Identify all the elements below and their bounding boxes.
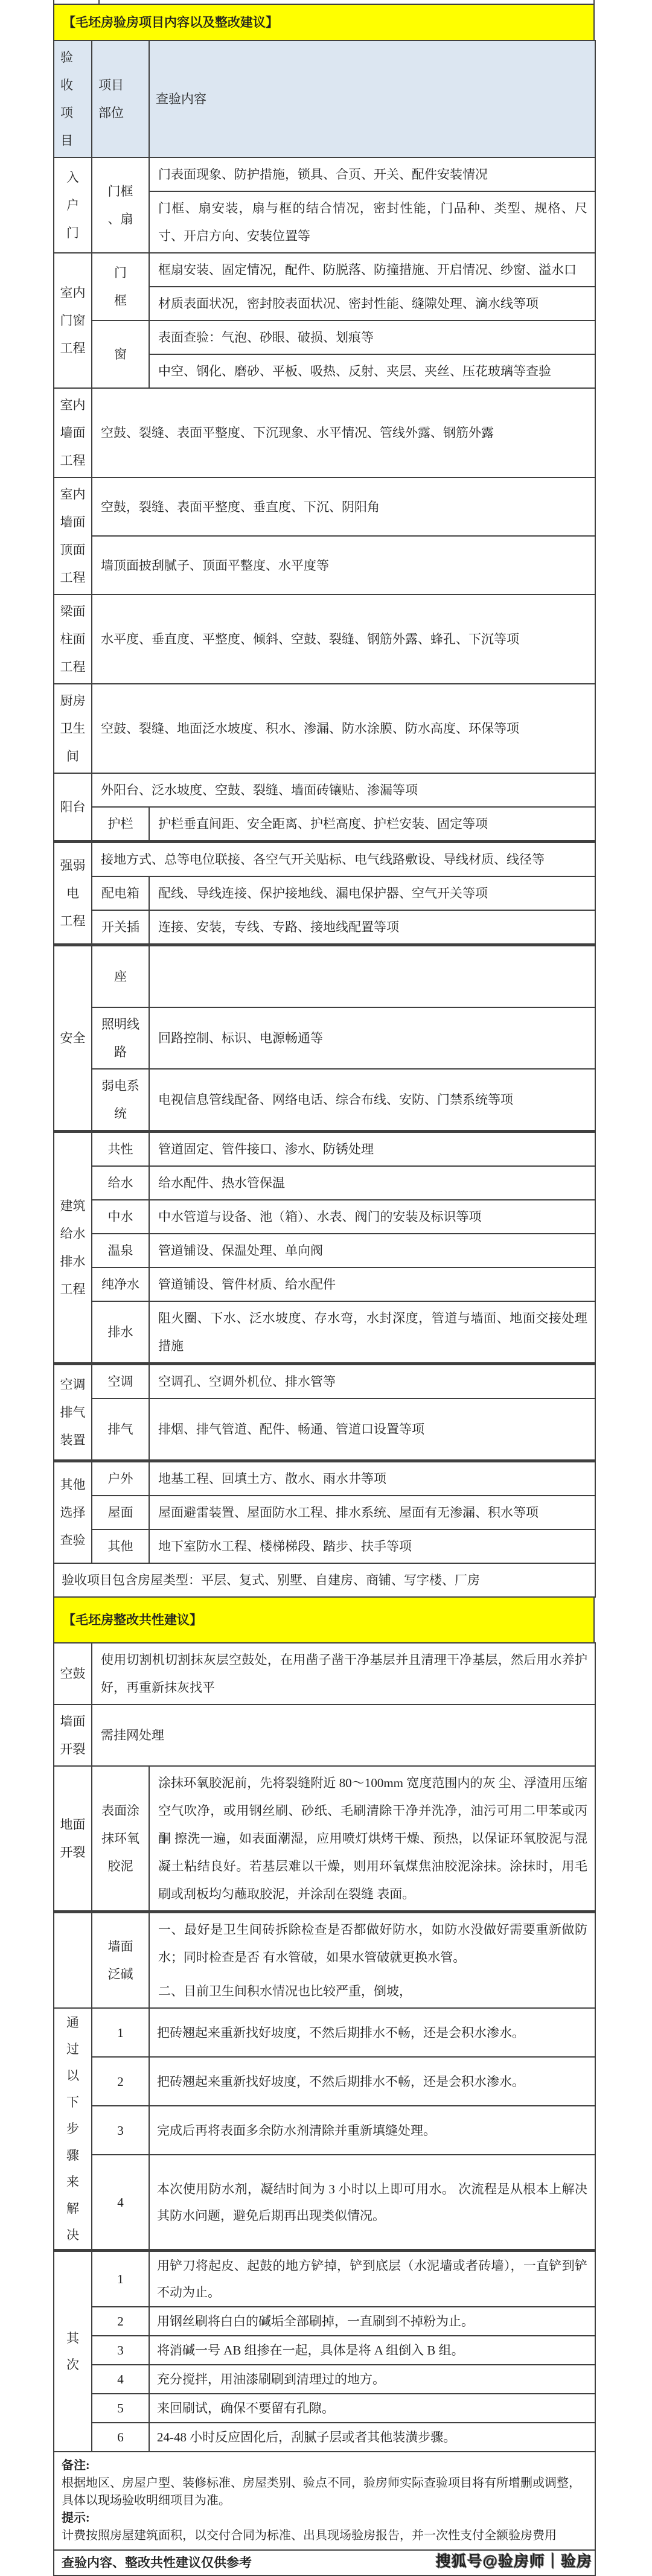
cell-step-number: 2: [92, 2057, 149, 2106]
cell-part-drainage: 排水: [92, 1301, 149, 1364]
cell-step-number: 3: [92, 2106, 149, 2155]
table-row: 4 本次使用防水剂，凝结时间为 3 小时以上即可用水。 次流程是从根本上解决其防…: [54, 2155, 595, 2250]
section-title-inspection: 【毛坯房验房项目内容以及整改建议】: [53, 4, 595, 40]
cell-step-number: 2: [92, 2307, 149, 2336]
cell-content-grounding: 接地方式、总等电位联接、各空气开关贴标、电气线路敷设、导线材质、线径等: [92, 842, 595, 877]
inspection-table: 验收 项目 项目 部位 查验内容 入 户 门 门框 、扇 门表面现象、防护措施，…: [53, 40, 596, 1598]
cell-content-epoxy: 涂抹环氧胶泥前，先将裂缝附近 80～100mm 宽度范围内的灰 尘、浮渣用压缩空…: [149, 1766, 595, 1912]
remarks-text: 根据地区、房屋户型、装修标准、房屋类别、验点不同，验房师实际查验项目将有所增删或…: [62, 2475, 587, 2510]
table-row: 建筑 给水 排水 工程 共性 管道固定、管件接口、渗水、防锈处理: [54, 1132, 595, 1167]
table-row: 入 户 门 门框 、扇 门表面现象、防护措施，锁具、合页、开关、配件安装情况: [54, 158, 595, 191]
cell-content-pure-water: 管道铺设、管件材质、给水配件: [149, 1267, 595, 1301]
cell-content-drainage: 阻火圈、下水、泛水坡度、存水弯，水封深度，管道与墙面、地面交接处理措施: [149, 1301, 595, 1364]
cell-part-lighting-circuit: 照明线 路: [92, 1007, 149, 1069]
table-row: 墙顶面披刮腻子、顶面平整度、水平度等: [54, 536, 595, 595]
cell-content-window-surface: 表面查验：气泡、砂眼、破损、划痕等: [149, 320, 595, 354]
cell-part-hot-spring: 温泉: [92, 1234, 149, 1267]
section-title-suggestions: 【毛坯房整改共性建议】: [53, 1598, 595, 1642]
cell-step-number: 6: [92, 2423, 149, 2452]
table-row: 2 把砖翘起来重新找好坡度，不然后期排水不畅，还是会积水渗水。: [54, 2057, 595, 2106]
table-row: 空调 排气 装置 空调 空调孔、空调外机位、排水管等: [54, 1364, 595, 1399]
cell-step-number: 1: [92, 2251, 149, 2307]
cell-content-wall-crack: 需挂网处理: [92, 1704, 595, 1766]
sohu-watermark: 搜狐号@验房师｜验房: [436, 2551, 592, 2572]
header-row: 验收 项目 项目 部位 查验内容: [54, 40, 595, 158]
cell-part-common: 共性: [92, 1132, 149, 1167]
cell-part-epoxy: 表面涂 抹环氧 胶泥: [92, 1766, 149, 1912]
cell-content-railing: 护栏垂直间距、安全距离、护栏高度、护栏安装、固定等项: [149, 807, 595, 842]
cell-content-ac: 空调孔、空调外机位、排水管等: [149, 1364, 595, 1399]
table-row: 中水 中水管道与设备、池（箱）、水表、阀门的安装及标识等项: [54, 1200, 595, 1234]
cell-part-ac: 空调: [92, 1364, 149, 1399]
table-row: 4 充分搅拌，用油漆刷刷到清理过的地方。: [54, 2365, 595, 2394]
cell-group-secondly: 其次: [54, 2251, 92, 2452]
cell-group-indoor-wall: 室内 墙面 工程: [54, 388, 92, 477]
table-row: 厨房 卫生 间 空鼓、裂缝、地面泛水坡度、积水、渗漏、防水涂膜、防水高度、环保等…: [54, 684, 595, 773]
cell-content-exhaust: 排烟、排气管道、配件、畅通、管道口设置等项: [149, 1398, 595, 1461]
table-row: 验收项目包含房屋类型：平层、复式、别墅、自建房、商铺、写字楼、厂房: [54, 1563, 595, 1597]
table-row: 梁面 柱面 工程 水平度、垂直度、平整度、倾斜、空鼓、裂缝、钢筋外露、蜂孔、下沉…: [54, 595, 595, 684]
table-row: 护栏 护栏垂直间距、安全距离、护栏高度、护栏安装、固定等项: [54, 807, 595, 842]
table-row: 3 完成后再将表面多余防水剂清除并重新填缝处理。: [54, 2106, 595, 2155]
cell-content-hot-spring: 管道铺设、保温处理、单向阀: [149, 1234, 595, 1267]
cell-part-exhaust: 排气: [92, 1398, 149, 1461]
cell-part-water-supply: 给水: [92, 1166, 149, 1200]
table-fragment-top: [53, 0, 595, 4]
cell-group-plumbing: 建筑 给水 排水 工程: [54, 1132, 92, 1364]
table-row: 其次 1 用铲刀将起皮、起鼓的地方铲掉，铲到底层（水泥墙或者砖墙），一直铲到铲不…: [54, 2251, 595, 2307]
cell-content-ceiling-2: 墙顶面披刮腻子、顶面平整度、水平度等: [92, 536, 595, 595]
cell-group-ac-exhaust: 空调 排气 装置: [54, 1364, 92, 1461]
cell-part-switch-plug: 开关插: [92, 910, 149, 945]
cell-secondly-2: 用钢丝刷将白白的碱垢全部刷掉，一直刷到不掉粉为止。: [149, 2307, 595, 2336]
table-row: 室内 墙面 工程 空鼓、裂缝、表面平整度、下沉现象、水平情况、管线外露、钢筋外露: [54, 388, 595, 477]
cell-content-switch-plug: 连接、安装，专线、专路、接地线配置等项: [149, 910, 595, 945]
cell-part-alkali: 墙面 泛碱: [92, 1912, 149, 2009]
table-row: 6 24-48 小时反应固化后，刮腻子层或者其他装潢步骤。: [54, 2423, 595, 2452]
cell-group-hollowing: 空鼓: [54, 1643, 92, 1704]
tip-label: 提示:: [62, 2510, 587, 2527]
cell-part-doorframe-leaf: 门框 、扇: [92, 158, 149, 253]
cell-group-other-optional: 其他 选择 查验: [54, 1461, 92, 1564]
cell-content-reclaimed-water: 中水管道与设备、池（箱）、水表、阀门的安装及标识等项: [149, 1200, 595, 1234]
table-row: 其他 地下室防水工程、楼梯梯段、踏步、扶手等项: [54, 1529, 595, 1563]
cell-content-common: 管道固定、管件接口、渗水、防锈处理: [149, 1132, 595, 1167]
cell-step-3: 完成后再将表面多余防水剂清除并重新填缝处理。: [149, 2106, 595, 2155]
remarks-label: 备注:: [62, 2457, 587, 2475]
col-header-inspection-content: 查验内容: [149, 40, 595, 158]
cell-part-weak-current: 弱电系 统: [92, 1069, 149, 1132]
table-row: 空鼓 使用切割机切割抹灰层空鼓处，在用凿子凿干净基层并且清理干净基层，然后用水养…: [54, 1643, 595, 1704]
table-row: 照明线 路 回路控制、标识、电源畅通等: [54, 1007, 595, 1069]
table-row: 2 用钢丝刷将白白的碱垢全部刷掉，一直刷到不掉粉为止。: [54, 2307, 595, 2336]
cell-content-frame-install: 框扇安装、固定情况，配件、防脱落、防撞措施、开启情况、纱窗、溢水口: [149, 253, 595, 287]
cell-secondly-1: 用铲刀将起皮、起鼓的地方铲掉，铲到底层（水泥墙或者砖墙），一直铲到铲不动为止。: [149, 2251, 595, 2307]
cell-disclaimer: 查验内容、整改共性建议仅供参考 搜狐号@验房师｜验房: [54, 2550, 595, 2575]
disclaimer-text: 查验内容、整改共性建议仅供参考: [62, 2555, 252, 2570]
cell-group-balcony: 阳台: [54, 773, 92, 842]
cell-step-1: 把砖翘起来重新找好坡度，不然后期排水不畅，还是会积水渗水。: [149, 2008, 595, 2057]
table-row: 阳台 外阳台、泛水坡度、空鼓、裂缝、墙面砖镶贴、渗漏等项: [54, 773, 595, 807]
cell-part-reclaimed-water: 中水: [92, 1200, 149, 1234]
cell-secondly-6: 24-48 小时反应固化后，刮腻子层或者其他装潢步骤。: [149, 2423, 595, 2452]
suggestions-table: 空鼓 使用切割机切割抹灰层空鼓处，在用凿子凿干净基层并且清理干净基层，然后用水养…: [53, 1642, 596, 2576]
cell-secondly-3: 将消碱一号 AB 组掺在一起，具体是将 A 组倒入 B 组。: [149, 2336, 595, 2365]
cell-remarks: 备注: 根据地区、房屋户型、装修标准、房屋类别、验点不同，验房师实际查验项目将有…: [54, 2452, 595, 2550]
table-row: 纯净水 管道铺设、管件材质、给水配件: [54, 1267, 595, 1301]
cell-step-number: 5: [92, 2394, 149, 2423]
document-body: 【毛坯房验房项目内容以及整改建议】 验收 项目 项目 部位 查验内容 入 户 门…: [53, 0, 595, 2576]
cell-content-water-supply: 给水配件、热水管保温: [149, 1166, 595, 1200]
col-header-project-part: 项目 部位: [92, 40, 149, 158]
table-row: 屋面 屋面避雷装置、屋面防水工程、排水系统、屋面有无渗漏、积水等项: [54, 1496, 595, 1529]
cell-content-other: 地下室防水工程、楼梯梯段、踏步、扶手等项: [149, 1529, 595, 1563]
cell-group-beam-column: 梁面 柱面 工程: [54, 595, 92, 684]
table-row: 排气 排烟、排气管道、配件、畅通、管道口设置等项: [54, 1398, 595, 1461]
cell-content-ceiling-1: 空鼓，裂缝、表面平整度、垂直度、下沉、阴阳角: [92, 477, 595, 536]
cell-part-door-frame: 门 框: [92, 253, 149, 320]
table-row: 排水 阻火圈、下水、泛水坡度、存水弯，水封深度，管道与墙面、地面交接处理措施: [54, 1301, 595, 1364]
cell-content-alkali: 一、最好是卫生间砖拆除检查是否都做好防水，如防水没做好需要重新做防水；同时检查是…: [149, 1912, 595, 2009]
document-page: 【毛坯房验房项目内容以及整改建议】 验收 项目 项目 部位 查验内容 入 户 门…: [0, 0, 652, 2576]
table-row: 窗 表面查验：气泡、砂眼、破损、划痕等: [54, 320, 595, 354]
cell-secondly-4: 充分搅拌，用油漆刷刷到清理过的地方。: [149, 2365, 595, 2394]
cell-content-weak-current: 电视信息管线配备、网络电话、综合布线、安防、门禁系统等项: [149, 1069, 595, 1132]
cell-content-frame-material: 材质表面状况，密封胶表面状况、密封性能、缝隙处理、滴水线等项: [149, 287, 595, 320]
alkali-point-1: 一、最好是卫生间砖拆除检查是否都做好防水，如防水没做好需要重新做防水；同时检查是…: [158, 1922, 587, 1965]
col-header-acceptance-item: 验收 项目: [54, 40, 92, 158]
table-row: 其他 选择 查验 户外 地基工程、回填土方、散水、雨水井等项: [54, 1461, 595, 1496]
table-row: 弱电系 统 电视信息管线配备、网络电话、综合布线、安防、门禁系统等项: [54, 1069, 595, 1132]
table-row: 3 将消碱一号 AB 组掺在一起，具体是将 A 组倒入 B 组。: [54, 2336, 595, 2365]
cell-group-kitchen-bathroom: 厨房 卫生 间: [54, 684, 92, 773]
cell-content-kitchen: 空鼓、裂缝、地面泛水坡度、积水、渗漏、防水涂膜、防水高度、环保等项: [92, 684, 595, 773]
cell-content-door-install: 门框、扇安装，扇与框的结合情况，密封性能，门品种、类型、规格、尺寸、开启方向、安…: [149, 191, 595, 253]
table-row: 开关插 连接、安装，专线、专路、接地线配置等项: [54, 910, 595, 945]
cell-group-empty: [54, 1912, 92, 2009]
table-row: 墙面 泛碱 一、最好是卫生间砖拆除检查是否都做好防水，如防水没做好需要重新做防水…: [54, 1912, 595, 2009]
table-row: 墙面 开裂 需挂网处理: [54, 1704, 595, 1766]
table-row: 备注: 根据地区、房屋户型、装修标准、房屋类别、验点不同，验房师实际查验项目将有…: [54, 2452, 595, 2550]
cell-content-hollowing: 使用切割机切割抹灰层空鼓处，在用凿子凿干净基层并且清理干净基层，然后用水养护 好…: [92, 1643, 595, 1704]
table-row: 5 来回刷试，确保不要留有孔隙。: [54, 2394, 595, 2423]
cell-part-window: 窗: [92, 320, 149, 388]
alkali-point-2: 二、目前卫生间积水情况也比较严重，倒坡，: [158, 1977, 587, 2005]
cell-content-door-surface: 门表面现象、防护措施，锁具、合页、开关、配件安装情况: [149, 158, 595, 191]
title-inspection-text: 【毛坯房验房项目内容以及整改建议】: [63, 15, 278, 30]
cell-step-number: 4: [92, 2365, 149, 2394]
cell-step-number: 3: [92, 2336, 149, 2365]
tip-text: 计费按照房屋建筑面积，以交付合同为标准、出具现场验房报告，并一次性支付全额验房费…: [62, 2527, 587, 2545]
cell-part-pure-water: 纯净水: [92, 1267, 149, 1301]
cell-part-roof: 屋面: [92, 1496, 149, 1529]
cell-group-safety: 安全: [54, 945, 92, 1132]
cell-group-electrical: 强弱 电 工程: [54, 842, 92, 945]
cell-part-outdoor: 户外: [92, 1461, 149, 1496]
table-row: 给水 给水配件、热水管保温: [54, 1166, 595, 1200]
cell-part-railing: 护栏: [92, 807, 149, 842]
table-fragment-divider: [98, 0, 100, 4]
cell-group-floor-crack: 地面 开裂: [54, 1766, 92, 1912]
cell-part-other: 其他: [92, 1529, 149, 1563]
cell-step-4: 本次使用防水剂，凝结时间为 3 小时以上即可用水。 次流程是从根本上解决其防水问…: [149, 2155, 595, 2250]
cell-group-steps: 通过 以下 步骤 来解 决: [54, 2008, 92, 2251]
cell-content-empty: [149, 945, 595, 1008]
table-row: 查验内容、整改共性建议仅供参考 搜狐号@验房师｜验房: [54, 2550, 595, 2575]
cell-step-2: 把砖翘起来重新找好坡度，不然后期排水不畅，还是会积水渗水。: [149, 2057, 595, 2106]
cell-content-beam: 水平度、垂直度、平整度、倾斜、空鼓、裂缝、钢筋外露、蜂孔、下沉等项: [92, 595, 595, 684]
table-row: 安全 座: [54, 945, 595, 1008]
cell-house-types-note: 验收项目包含房屋类型：平层、复式、别墅、自建房、商铺、写字楼、厂房: [54, 1563, 595, 1597]
cell-group-wall-ceiling: 室内 墙面 顶面 工程: [54, 477, 92, 595]
table-row: 室内 墙面 顶面 工程 空鼓，裂缝、表面平整度、垂直度、下沉、阴阳角: [54, 477, 595, 536]
cell-group-indoor-doors-windows: 室内 门窗 工程: [54, 253, 92, 388]
cell-content-wall: 空鼓、裂缝、表面平整度、下沉现象、水平情况、管线外露、钢筋外露: [92, 388, 595, 477]
cell-content-balcony: 外阳台、泛水坡度、空鼓、裂缝、墙面砖镶贴、渗漏等项: [92, 773, 595, 807]
title-suggestions-text: 【毛坯房整改共性建议】: [63, 1613, 202, 1627]
table-row: 通过 以下 步骤 来解 决 1 把砖翘起来重新找好坡度，不然后期排水不畅，还是会…: [54, 2008, 595, 2057]
cell-secondly-5: 来回刷试，确保不要留有孔隙。: [149, 2394, 595, 2423]
cell-content-roof: 屋面避雷装置、屋面防水工程、排水系统、屋面有无渗漏、积水等项: [149, 1496, 595, 1529]
cell-step-number: 1: [92, 2008, 149, 2057]
cell-content-window-glass: 中空、钢化、磨砂、平板、吸热、反射、夹层、夹丝、压花玻璃等查验: [149, 354, 595, 388]
cell-content-lighting: 回路控制、标识、电源畅通等: [149, 1007, 595, 1069]
cell-content-distribution-box: 配线、导线连接、保护接地线、漏电保护器、空气开关等项: [149, 876, 595, 910]
table-row: 强弱 电 工程 接地方式、总等电位联接、各空气开关贴标、电气线路敷设、导线材质、…: [54, 842, 595, 877]
cell-part-socket: 座: [92, 945, 149, 1008]
table-row: 地面 开裂 表面涂 抹环氧 胶泥 涂抹环氧胶泥前，先将裂缝附近 80～100mm…: [54, 1766, 595, 1912]
cell-part-distribution-box: 配电箱: [92, 876, 149, 910]
cell-group-wall-crack: 墙面 开裂: [54, 1704, 92, 1766]
cell-group-entry-door: 入 户 门: [54, 158, 92, 253]
cell-step-number: 4: [92, 2155, 149, 2250]
table-row: 配电箱 配线、导线连接、保护接地线、漏电保护器、空气开关等项: [54, 876, 595, 910]
table-row: 温泉 管道铺设、保温处理、单向阀: [54, 1234, 595, 1267]
table-row: 室内 门窗 工程 门 框 框扇安装、固定情况，配件、防脱落、防撞措施、开启情况、…: [54, 253, 595, 287]
cell-content-outdoor: 地基工程、回填土方、散水、雨水井等项: [149, 1461, 595, 1496]
